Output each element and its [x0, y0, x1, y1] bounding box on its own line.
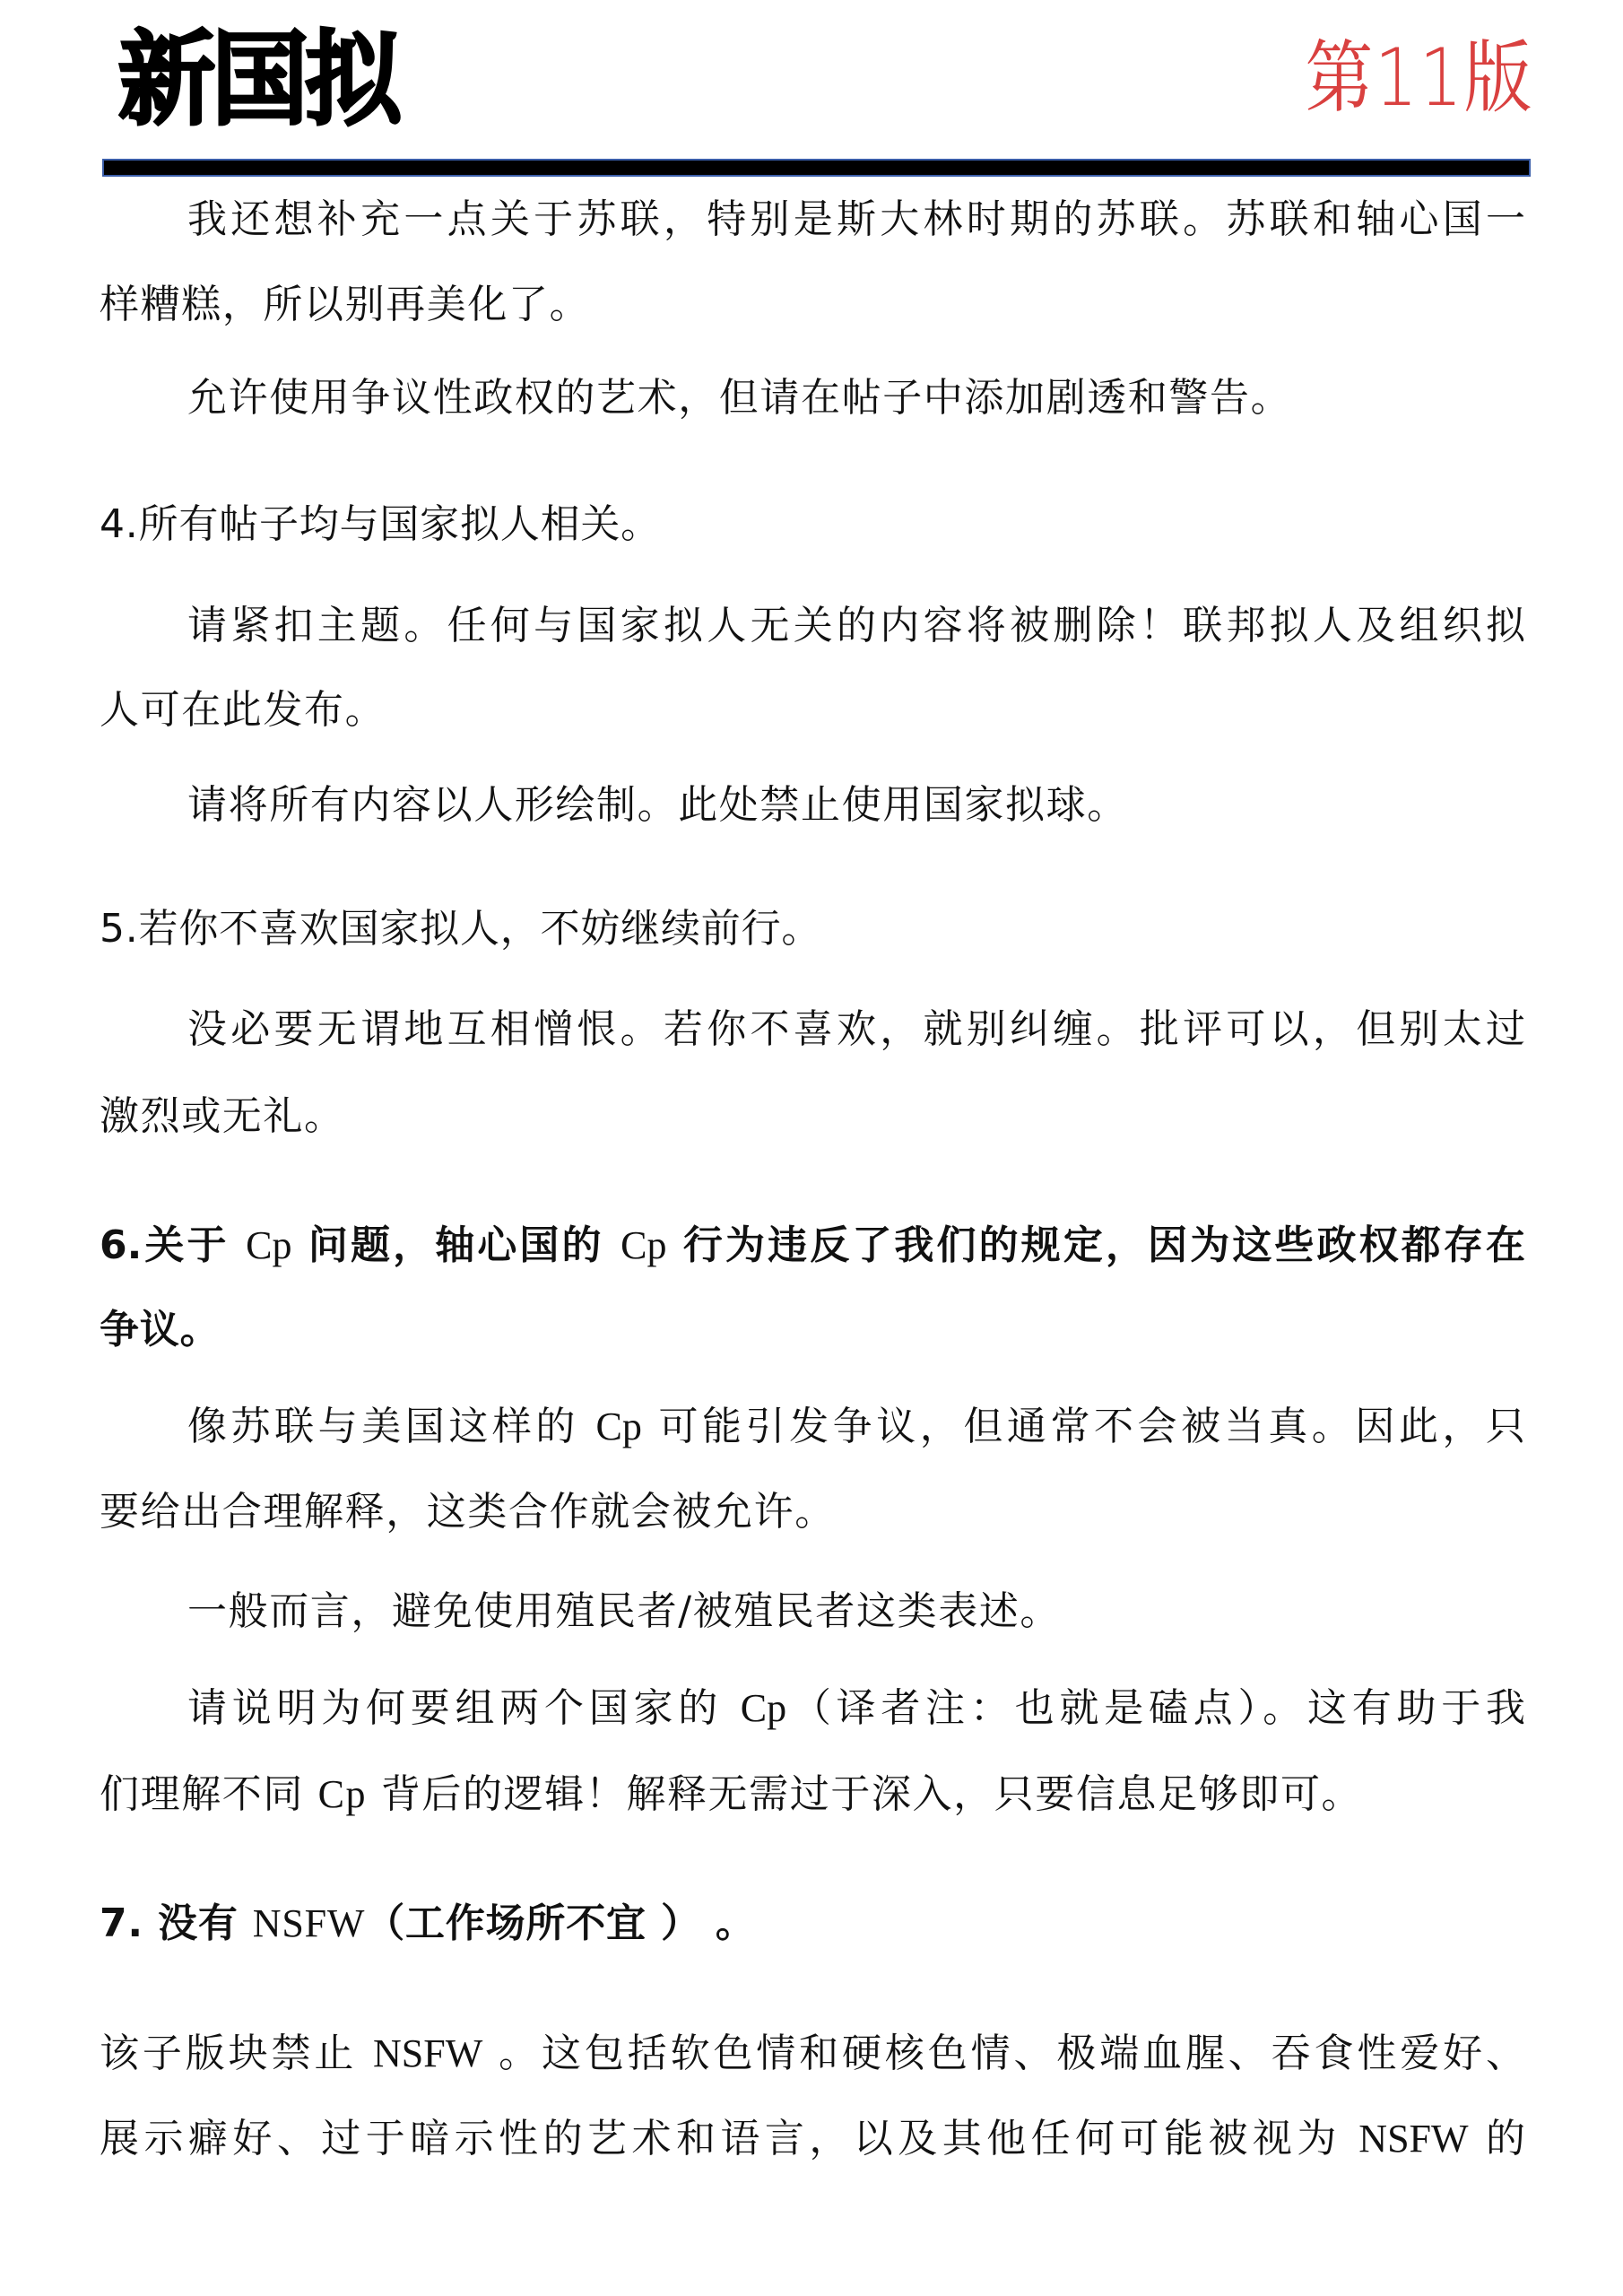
- section-6-paragraph-1-line-2: 要给出合理解释，这类合作就会被允许。: [100, 1487, 836, 1537]
- body-text: 请说明为何要组两个国家的: [187, 1685, 741, 1731]
- section-5-paragraph-1-line-2: 激烈或无礼。: [100, 1091, 345, 1142]
- cp-term: Cp: [246, 1223, 291, 1267]
- header-rule-bar: [102, 159, 1531, 177]
- section-6-heading-line-1: 6.关于 Cp 问题，轴心国的 Cp 行为违反了我们的规定，因为这些政权都存在: [100, 1221, 1525, 1271]
- cp-term: Cp: [741, 1686, 786, 1730]
- cp-term: Cp: [596, 1405, 642, 1448]
- section-4-paragraph-1-line-1: 请紧扣主题。任何与国家拟人无关的内容将被删除！联邦拟人及组织拟: [187, 601, 1525, 651]
- heading-text: 6.关于: [100, 1222, 246, 1268]
- section-5-paragraph-1-line-1: 没必要无谓地互相憎恨。若你不喜欢，就别纠缠。批评可以，但别太过: [187, 1004, 1525, 1055]
- heading-text: 行为违反了我们的规定，因为这些政权都存在: [666, 1222, 1525, 1268]
- heading-text: 7. 没有: [100, 1900, 253, 1946]
- section-7-heading: 7. 没有 NSFW（工作场所不宜 ） 。: [100, 1899, 756, 1949]
- section-4-paragraph-1-line-2: 人可在此发布。: [100, 685, 386, 735]
- cp-term: Cp: [318, 1772, 368, 1816]
- body-text: 该子版块禁止: [100, 2031, 373, 2076]
- body-text: 展示癖好、过于暗示性的艺术和语言，以及其他任何可能被视为: [100, 2116, 1358, 2161]
- section-7-paragraph-1-line-1: 该子版块禁止 NSFW 。这包括软色情和硬核色情、极端血腥、吞食性爱好、: [100, 2029, 1525, 2079]
- heading-text: 问题，轴心国的: [291, 1222, 621, 1268]
- intro-paragraph-1-line-2: 样糟糕，所以别再美化了。: [100, 280, 590, 330]
- section-6-paragraph-3-line-2: 们理解不同 Cp 背后的逻辑！解释无需过于深入，只要信息足够即可。: [100, 1770, 1362, 1820]
- masthead-title: 新国拟: [118, 20, 398, 143]
- cp-term: Cp: [621, 1223, 666, 1267]
- section-6-paragraph-3-line-1: 请说明为何要组两个国家的 Cp（译者注：也就是磕点）。这有助于我: [187, 1683, 1525, 1734]
- intro-paragraph-1-line-1: 我还想补充一点关于苏联，特别是斯大林时期的苏联。苏联和轴心国一: [187, 195, 1525, 245]
- nsfw-term: NSFW: [253, 1901, 365, 1945]
- section-4-paragraph-2: 请将所有内容以人形绘制。此处禁止使用国家拟球。: [187, 780, 1128, 831]
- section-4-heading: 4.所有帖子均与国家拟人相关。: [100, 500, 661, 550]
- heading-text: （工作场所不宜 ） 。: [365, 1900, 755, 1946]
- body-text: 背后的逻辑！解释无需过于深入，只要信息足够即可。: [367, 1771, 1362, 1817]
- edition-label: 第11版: [1305, 29, 1533, 127]
- body-text: 可能引发争议，但通常不会被当真。因此，只: [642, 1404, 1525, 1449]
- nsfw-term: NSFW: [373, 2031, 482, 2075]
- nsfw-term: NSFW: [1358, 2117, 1468, 2161]
- section-6-heading-line-2: 争议。: [100, 1305, 220, 1355]
- section-7-paragraph-1-line-2: 展示癖好、过于暗示性的艺术和语言，以及其他任何可能被视为 NSFW 的: [100, 2114, 1525, 2164]
- intro-paragraph-2: 允许使用争议性政权的艺术，但请在帖子中添加剧透和警告。: [187, 373, 1291, 423]
- section-6-paragraph-2: 一般而言，避免使用殖民者/被殖民者这类表述。: [187, 1587, 1061, 1637]
- body-text: （译者注：也就是磕点）。这有助于我: [786, 1685, 1525, 1731]
- body-text: 的: [1469, 2116, 1525, 2161]
- section-5-heading: 5.若你不喜欢国家拟人，不妨继续前行。: [100, 904, 821, 954]
- section-6-paragraph-1-line-1: 像苏联与美国这样的 Cp 可能引发争议，但通常不会被当真。因此，只: [187, 1402, 1525, 1452]
- body-text: 像苏联与美国这样的: [187, 1404, 596, 1449]
- body-text: 。这包括软色情和硬核色情、极端血腥、吞食性爱好、: [482, 2031, 1525, 2076]
- body-text: 们理解不同: [100, 1771, 318, 1817]
